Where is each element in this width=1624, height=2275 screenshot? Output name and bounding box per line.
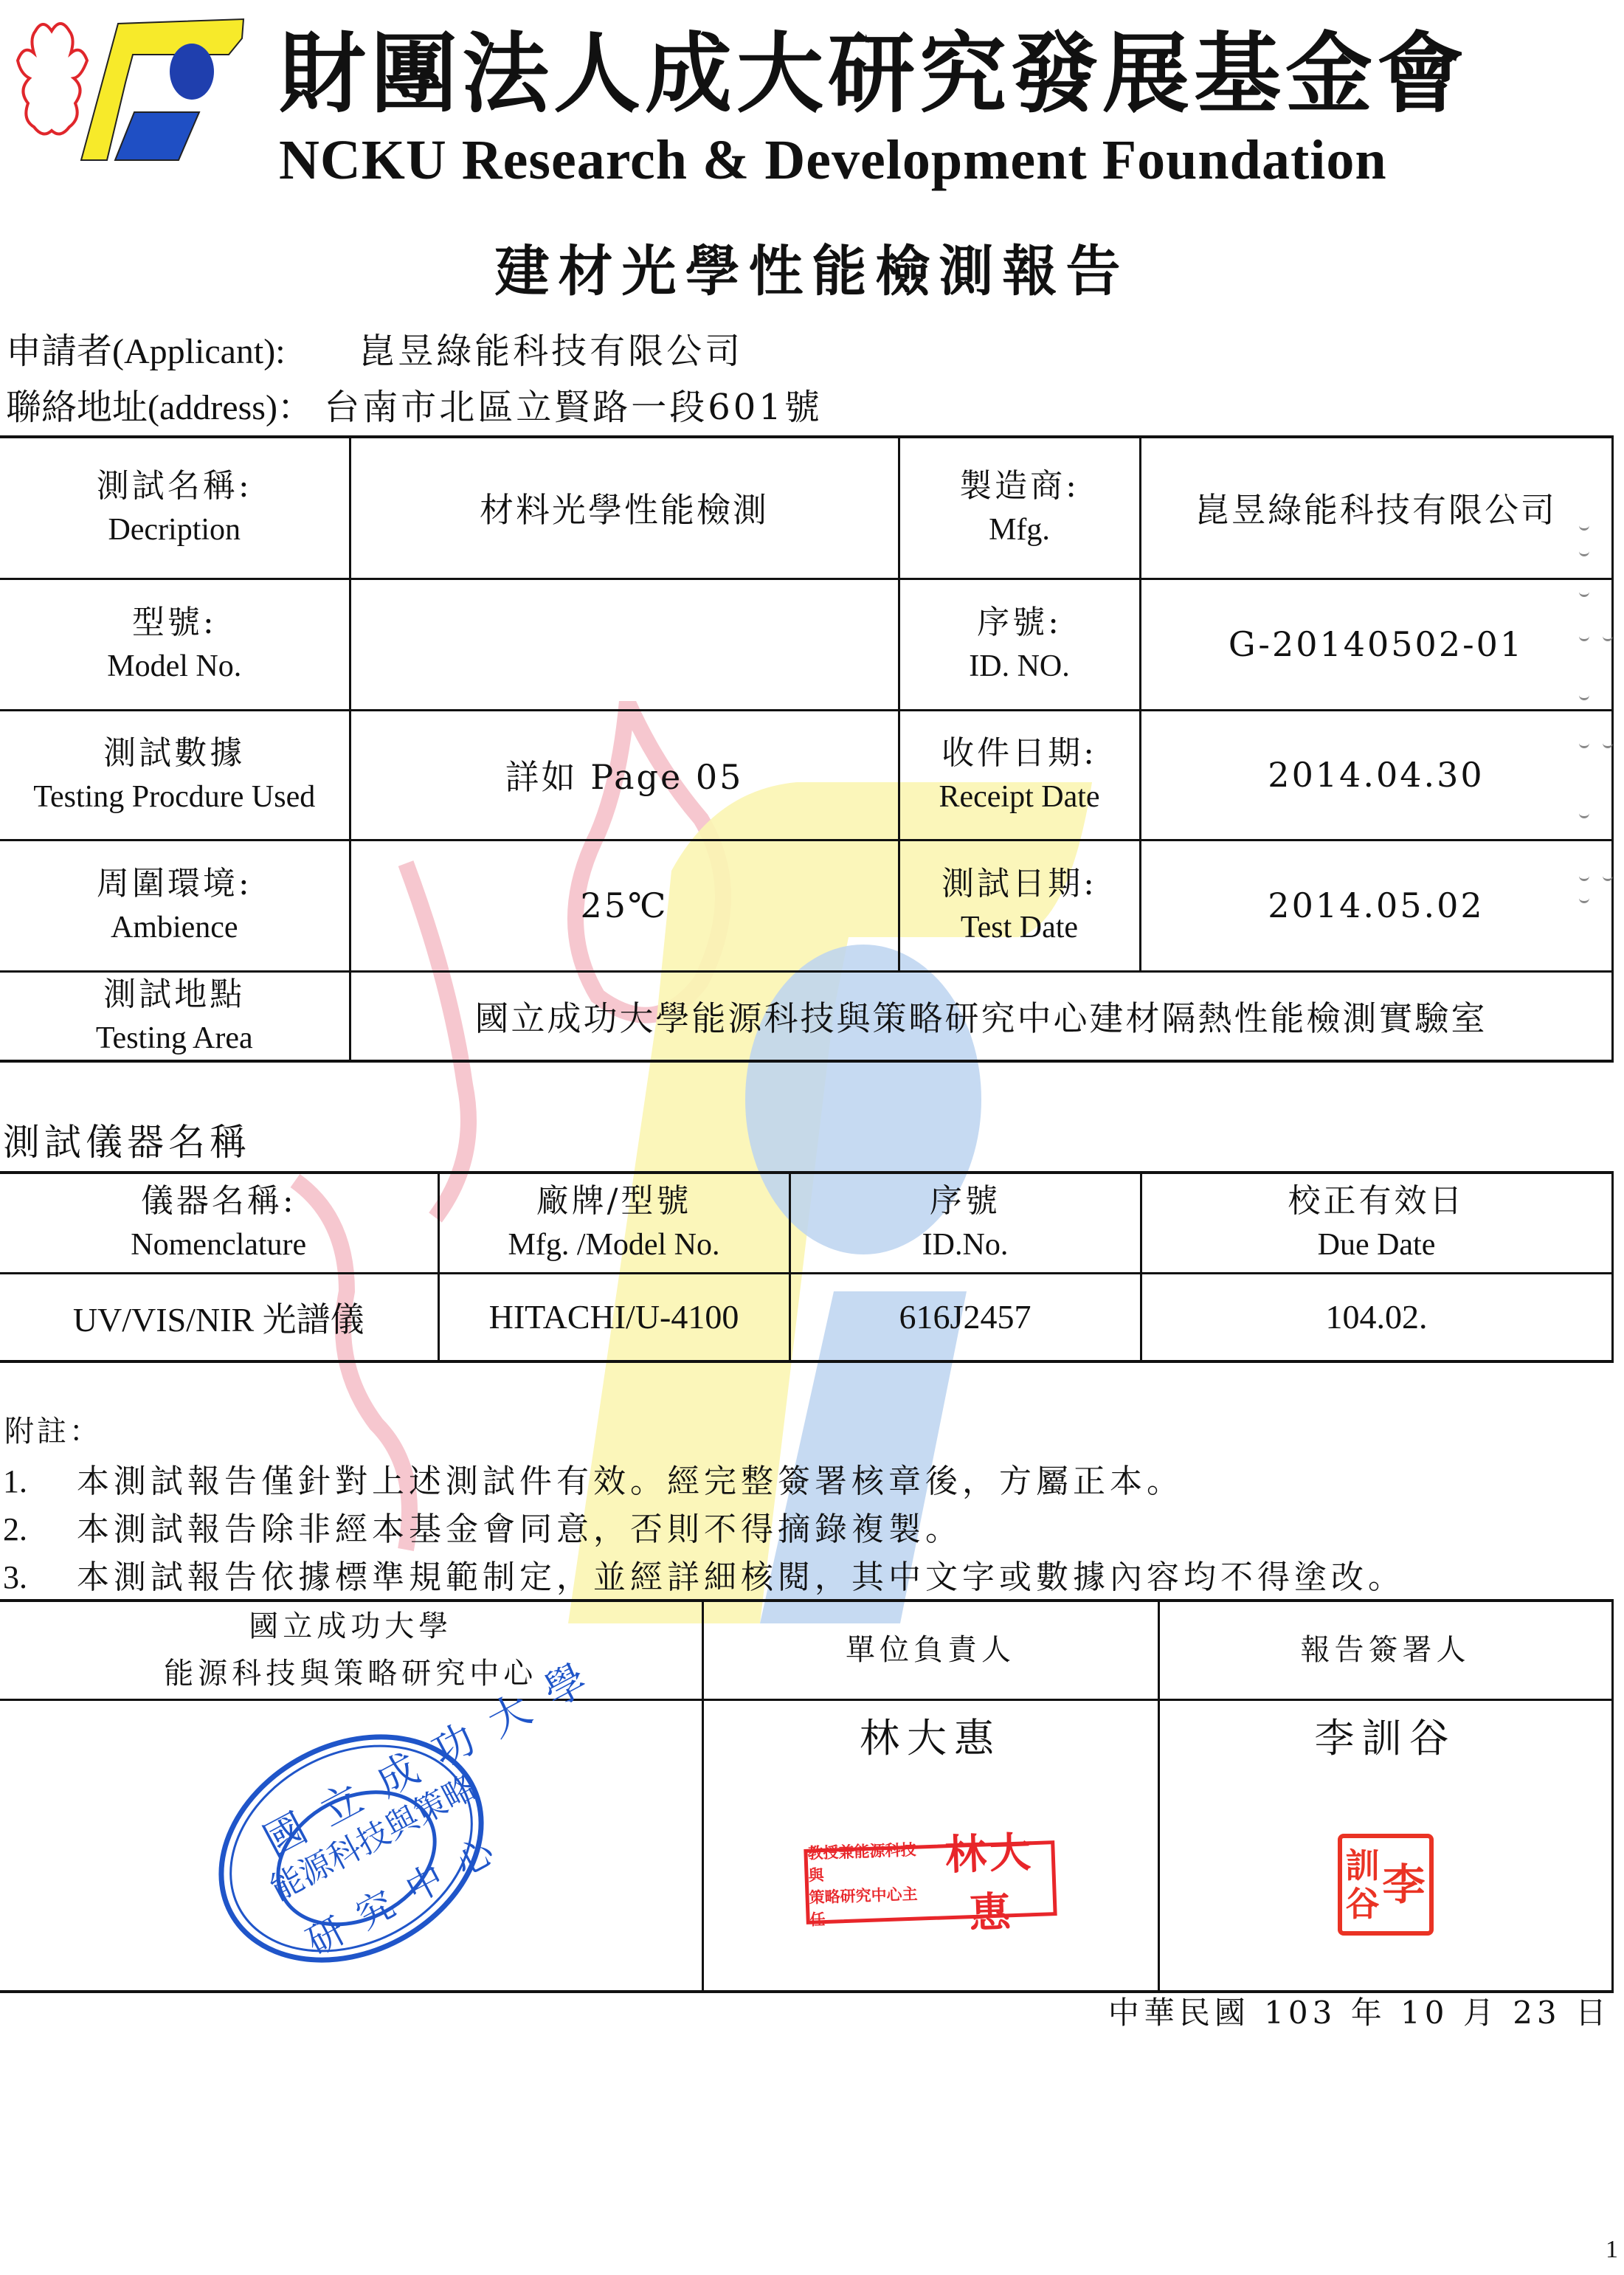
label-cell: 序號: ID. NO. <box>899 579 1140 710</box>
table-row: UV/VIS/NIR 光譜儀 HITACHI/U-4100 616J2457 1… <box>0 1273 1612 1361</box>
label-cell: 測試名稱: Decription <box>0 437 350 579</box>
signer-name: 李訓谷 <box>1160 1701 1611 1764</box>
address-line: 聯絡地址(address)： 台南市北區立賢路一段601號 <box>6 384 823 432</box>
value-cell: 崑昱綠能科技有限公司 <box>1140 437 1612 579</box>
label-cell: 周圍環境: Ambience <box>0 840 350 971</box>
applicant-value: 崑昱綠能科技有限公司 <box>359 331 743 372</box>
label-cell: 測試日期: Test Date <box>899 840 1140 971</box>
table-row: 測試名稱: Decription 材料光學性能檢測 製造商: Mfg. 崑昱綠能… <box>0 437 1612 579</box>
header-zh: 廠牌/型號 <box>440 1179 789 1223</box>
instrument-table: 儀器名稱: Nomenclature 廠牌/型號 Mfg. /Model No.… <box>0 1171 1614 1363</box>
org-seal-cell: 國立成功大學 能源科技與策略 研究中心 <box>0 1699 702 1992</box>
table-cell: 616J2457 <box>789 1273 1141 1361</box>
label-cell: 測試地點 Testing Area <box>0 971 350 1061</box>
table-cell: UV/VIS/NIR 光譜儀 <box>0 1273 438 1361</box>
header-zh: 儀器名稱: <box>0 1179 438 1223</box>
seal-small-line1: 教授兼能源科技與 <box>807 1838 924 1886</box>
seal-char-right: 李 <box>1382 1863 1425 1907</box>
id-value: G-20140502-01 <box>1229 624 1524 664</box>
applicant-line: 申請者(Applicant): 崑昱綠能科技有限公司 <box>6 328 743 376</box>
value-cell <box>350 579 899 710</box>
page-number: 1 <box>1606 2236 1618 2264</box>
instrument-name: UV/VIS/NIR 光譜儀 <box>73 1301 364 1339</box>
manufacturer-label-zh: 製造商: <box>900 464 1139 508</box>
instrument-id: 616J2457 <box>899 1298 1032 1336</box>
organization-name-en: NCKU Research & Development Foundation <box>279 127 1387 193</box>
note-number: 2. <box>0 1508 77 1552</box>
note-number: 3. <box>0 1556 77 1600</box>
receipt-date-label-zh: 收件日期: <box>900 731 1139 776</box>
header-en: ID.No. <box>791 1223 1140 1266</box>
receipt-date-value: 2014.04.30 <box>1268 755 1484 795</box>
test-date-label-zh: 測試日期: <box>900 862 1139 906</box>
value-cell: 25℃ <box>350 840 899 971</box>
procedure-value: 詳如 Page 05 <box>505 757 744 797</box>
procedure-label-zh: 測試數據 <box>0 731 349 776</box>
test-date-value: 2014.05.02 <box>1268 886 1484 925</box>
test-date-label-en: Test Date <box>900 906 1139 949</box>
value-cell: 國立成功大學能源科技與策略研究中心建材隔熱性能檢測實驗室 <box>350 971 1612 1061</box>
value-cell: 2014.04.30 <box>1140 710 1612 840</box>
header-en: Due Date <box>1142 1223 1611 1266</box>
seal-char-left-bottom: 谷 <box>1345 1885 1379 1923</box>
receipt-date-label-en: Receipt Date <box>900 776 1139 818</box>
manufacturer-label-en: Mfg. <box>900 508 1139 551</box>
manufacturer-value: 崑昱綠能科技有限公司 <box>1195 490 1557 530</box>
column-header: 儀器名稱: Nomenclature <box>0 1173 438 1273</box>
table-row: 測試數據 Testing Procdure Used 詳如 Page 05 收件… <box>0 710 1612 840</box>
table-header-row: 儀器名稱: Nomenclature 廠牌/型號 Mfg. /Model No.… <box>0 1173 1612 1273</box>
value-cell: G-20140502-01 <box>1140 579 1612 710</box>
table-header-row: 國立成功大學 能源科技與策略研究中心 單位負責人 報告簽署人 <box>0 1601 1612 1699</box>
value-cell: 2014.05.02 <box>1140 840 1612 971</box>
address-label: 聯絡地址(address)： <box>6 388 313 427</box>
address-value: 台南市北區立賢路一段601號 <box>324 387 823 428</box>
description-value: 材料光學性能檢測 <box>480 490 769 530</box>
header-zh: 校正有效日 <box>1142 1179 1611 1223</box>
issue-date: 中華民國 103 年 10 月 23 日 <box>1108 1991 1611 2035</box>
signer-sign-cell: 李訓谷 李 訓 谷 <box>1158 1699 1612 1992</box>
note-number: 1. <box>0 1460 77 1504</box>
description-label-en: Decription <box>0 508 349 551</box>
organization-name-zh: 財團法人成大研究發展基金會 <box>279 22 1468 125</box>
signature-table: 國立成功大學 能源科技與策略研究中心 單位負責人 報告簽署人 國立成功大學 能源… <box>0 1599 1614 1993</box>
value-cell: 詳如 Page 05 <box>350 710 899 840</box>
procedure-label-en: Testing Procdure Used <box>0 776 349 818</box>
note-text: 本測試報告僅針對上述測試件有效。經完整簽署核章後，方屬正本。 <box>77 1463 1184 1500</box>
ncku-foundation-logo-icon <box>7 9 251 175</box>
id-label-en: ID. NO. <box>900 645 1139 688</box>
header-en: Nomenclature <box>0 1223 438 1266</box>
label-cell: 製造商: Mfg. <box>899 437 1140 579</box>
note-text: 本測試報告依據標準規範制定，並經詳細核閱，其中文字或數據內容均不得塗改。 <box>77 1558 1405 1596</box>
table-row: 測試地點 Testing Area 國立成功大學能源科技與策略研究中心建材隔熱性… <box>0 971 1612 1061</box>
signer-seal-stamp: 李 訓 谷 <box>1338 1834 1434 1936</box>
signer-header-cell: 報告簽署人 <box>1158 1601 1612 1699</box>
testing-area-label-zh: 測試地點 <box>0 973 349 1017</box>
seal-char-left-top: 訓 <box>1345 1846 1379 1885</box>
ambience-value: 25℃ <box>581 886 668 925</box>
seal-small-line2: 策略研究中心主任 <box>809 1882 925 1930</box>
ambience-label-en: Ambience <box>0 906 349 949</box>
note-item: 2.本測試報告除非經本基金會同意，否則不得摘錄複製。 <box>0 1508 962 1552</box>
signer-label: 報告簽署人 <box>1301 1633 1471 1667</box>
instrument-model: HITACHI/U-4100 <box>489 1298 739 1336</box>
label-cell: 測試數據 Testing Procdure Used <box>0 710 350 840</box>
applicant-label: 申請者(Applicant): <box>6 332 286 371</box>
description-label-zh: 測試名稱: <box>0 464 349 508</box>
header-zh: 序號 <box>791 1179 1140 1223</box>
note-item: 3.本測試報告依據標準規範制定，並經詳細核閱，其中文字或數據內容均不得塗改。 <box>0 1556 1405 1600</box>
instrument-due-date: 104.02. <box>1326 1298 1428 1336</box>
label-cell: 型號: Model No. <box>0 579 350 710</box>
unit-head-seal-stamp: 教授兼能源科技與 策略研究中心主任 林大惠 <box>804 1840 1057 1924</box>
table-row: 周圍環境: Ambience 25℃ 測試日期: Test Date 2014.… <box>0 840 1612 971</box>
testing-area-value: 國立成功大學能源科技與策略研究中心建材隔熱性能檢測實驗室 <box>475 998 1487 1038</box>
table-row: 型號: Model No. 序號: ID. NO. G-20140502-01 <box>0 579 1612 710</box>
value-cell: 材料光學性能檢測 <box>350 437 899 579</box>
note-text: 本測試報告除非經本基金會同意，否則不得摘錄複製。 <box>77 1511 962 1548</box>
seal-big-name: 林大惠 <box>927 1819 1054 1941</box>
note-item: 1.本測試報告僅針對上述測試件有效。經完整簽署核章後，方屬正本。 <box>0 1460 1184 1504</box>
org-seal-stamp: 國立成功大學 能源科技與策略 研究中心 <box>0 1701 702 1990</box>
ambience-label-zh: 周圍環境: <box>0 862 349 906</box>
model-label-en: Model No. <box>0 645 349 688</box>
report-title: 建材光學性能檢測報告 <box>0 235 1624 308</box>
table-row: 國立成功大學 能源科技與策略 研究中心 林大惠 教授兼能源科技與 策略研究中心主… <box>0 1699 1612 1992</box>
column-header: 序號 ID.No. <box>789 1173 1141 1273</box>
testing-area-label-en: Testing Area <box>0 1017 349 1060</box>
header-en: Mfg. /Model No. <box>440 1223 789 1266</box>
notes-title: 附註： <box>4 1411 102 1452</box>
column-header: 校正有效日 Due Date <box>1141 1173 1612 1273</box>
table-cell: HITACHI/U-4100 <box>438 1273 789 1361</box>
id-label-zh: 序號: <box>900 601 1139 645</box>
test-info-table: 測試名稱: Decription 材料光學性能檢測 製造商: Mfg. 崑昱綠能… <box>0 435 1614 1063</box>
unit-head-sign-cell: 林大惠 教授兼能源科技與 策略研究中心主任 林大惠 <box>702 1699 1158 1992</box>
unit-head-header-cell: 單位負責人 <box>702 1601 1158 1699</box>
label-cell: 收件日期: Receipt Date <box>899 710 1140 840</box>
table-cell: 104.02. <box>1141 1273 1612 1361</box>
model-label-zh: 型號: <box>0 601 349 645</box>
unit-head-name: 林大惠 <box>704 1701 1158 1764</box>
unit-head-label: 單位負責人 <box>846 1633 1015 1667</box>
org-name-line1: 國立成功大學 <box>0 1603 702 1650</box>
column-header: 廠牌/型號 Mfg. /Model No. <box>438 1173 789 1273</box>
instrument-section-title: 測試儀器名稱 <box>3 1118 251 1167</box>
